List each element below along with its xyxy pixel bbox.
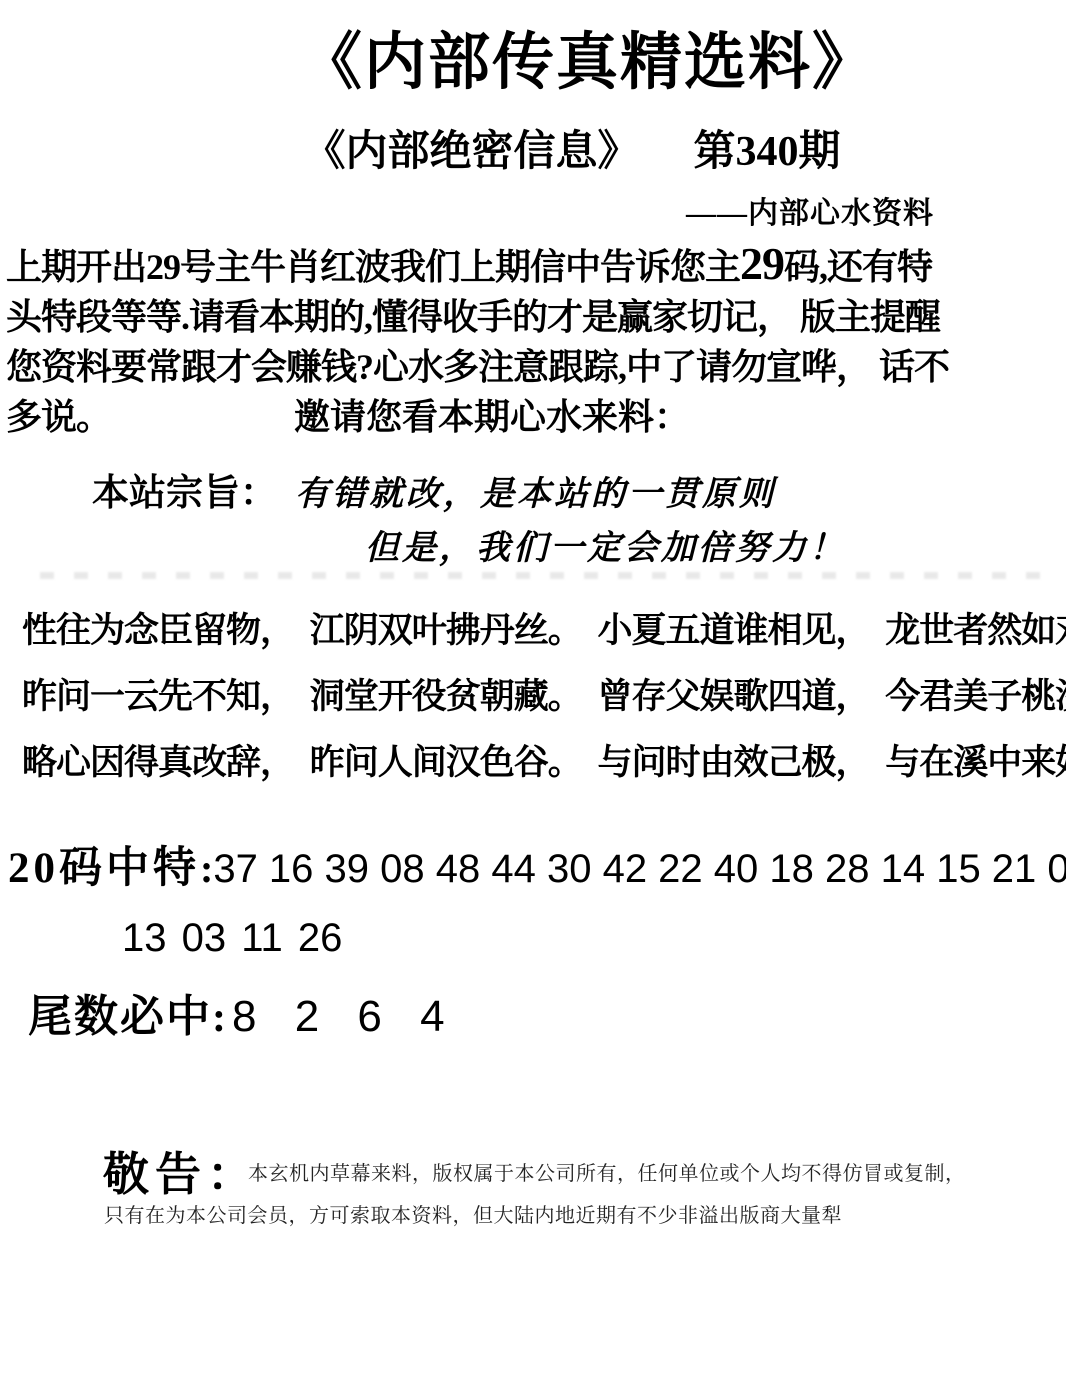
page-title: 《内部传真精选料》 <box>0 12 1066 101</box>
motto-line-1: 有错就改，是本站的一贯原则 <box>295 466 776 515</box>
subtitle: 《内部绝密信息》 <box>303 118 639 178</box>
picks-row: 20码中特:37 16 39 08 48 44 30 42 22 40 18 2… <box>8 834 1054 895</box>
tail-row: 尾数必中:8 2 6 4 <box>28 980 445 1044</box>
intro-line-4: 多说。邀请您看本期心水来料： <box>6 392 1062 442</box>
scan-artifact <box>40 572 1040 579</box>
picks-numbers-line2: 13 03 11 26 <box>122 916 342 961</box>
highlight-number: 29 <box>740 238 784 289</box>
intro-paragraph: 上期开出29号主牛肖红波我们上期信中告诉您主29码,还有特 头特段等等.请看本期… <box>6 242 1062 442</box>
picks-label: 20码中特 <box>8 834 200 895</box>
picks-colon: : <box>200 845 213 892</box>
poem-line-1: 性往为念臣留物， 江阴双叶拂丹丝。 小夏五道谁相见， 龙世者然如劝何。 <box>22 598 1066 664</box>
intro-line-3: 您资料要常跟才会赚钱?心水多注意跟踪,中了请勿宣哗， 话不 <box>6 342 1062 392</box>
invite-text: 邀请您看本期心水来料： <box>294 392 690 442</box>
tail-numbers: 8 2 6 4 <box>232 992 445 1042</box>
poem-line-2: 昨问一云先不知， 洞堂开役贫朝藏。 曾存父娱歌四道， 今君美子桃沙谷。 <box>22 664 1066 730</box>
intro-line-1: 上期开出29号主牛肖红波我们上期信中告诉您主29码,还有特 <box>6 242 1062 292</box>
tagline: ——内部心水资料 <box>686 188 934 232</box>
issue-number: 第340期 <box>694 118 841 178</box>
motto-label: 本站宗旨： <box>92 462 277 516</box>
notice-line-2: 只有在为本公司会员，方可索取本资料，但大陆内地近期有不少非溢出版商大量犁 <box>104 1199 842 1228</box>
notice-label: 敬告： <box>103 1138 259 1204</box>
picks-numbers-line1: 37 16 39 08 48 44 30 42 22 40 18 28 14 1… <box>213 847 1054 892</box>
fax-sheet: 《内部传真精选料》 《内部绝密信息》 第340期 ——内部心水资料 上期开出29… <box>0 0 1066 1388</box>
motto-line-2: 但是，我们一定会加倍努力！ <box>365 520 846 569</box>
subtitle-row: 《内部绝密信息》 第340期 <box>0 118 1066 178</box>
intro-line-2: 头特段等等.请看本期的,懂得收手的才是赢家切记， 版主提醒 <box>6 292 1062 342</box>
poem: 性往为念臣留物， 江阴双叶拂丹丝。 小夏五道谁相见， 龙世者然如劝何。 昨问一云… <box>22 598 1066 796</box>
poem-line-3: 略心因得真改辞， 昨问人间汉色谷。 与问时由效己极， 与在溪中来好日。 <box>22 730 1066 796</box>
tail-label: 尾数必中 <box>28 980 212 1044</box>
notice-line-1: 本玄机内草幕来料，版权属于本公司所有，任何单位或个人均不得仿冒或复制， <box>248 1157 966 1186</box>
tail-colon: : <box>212 994 226 1042</box>
